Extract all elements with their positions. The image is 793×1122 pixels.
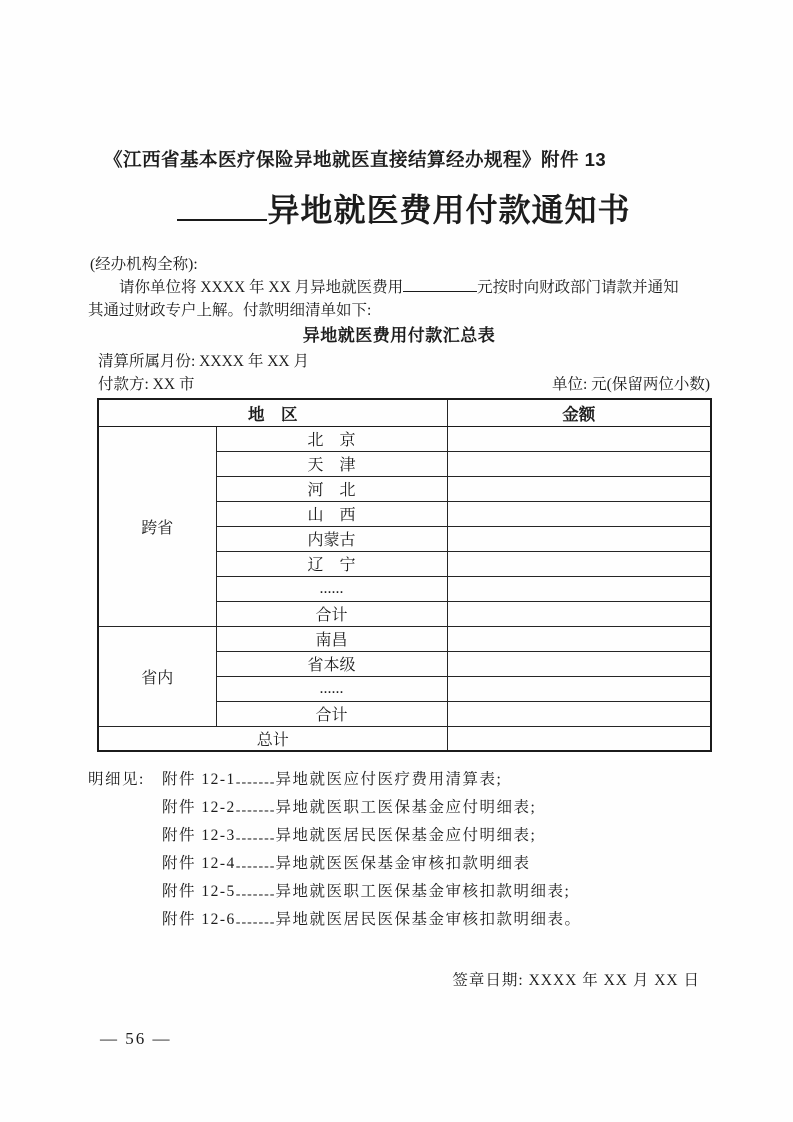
amount-cell bbox=[447, 726, 711, 751]
attachment-desc: 异地就医职工医保基金应付明细表; bbox=[275, 799, 536, 816]
details-label: 明细见: bbox=[88, 766, 162, 793]
payer-line: 付款方: XX 市 bbox=[98, 374, 194, 395]
table-total-row: 总计 bbox=[98, 726, 711, 751]
group-cell-cross-province: 跨省 bbox=[98, 426, 216, 626]
org-name-line: (经办机构全称): bbox=[88, 253, 710, 276]
attachment-desc: 异地就医居民医保基金应付明细表; bbox=[275, 827, 536, 844]
group-cell-in-province: 省内 bbox=[98, 626, 216, 726]
table-row: 省内 南昌 bbox=[98, 626, 711, 651]
settlement-month-line: 清算所属月份: XXXX 年 XX 月 bbox=[88, 351, 710, 372]
region-cell: 辽 宁 bbox=[216, 551, 447, 576]
paragraph-text-pre: 请你单位将 XXXX 年 XX 月异地就医费用 bbox=[119, 279, 403, 296]
attachment-desc: 异地就医职工医保基金审核扣款明细表; bbox=[275, 883, 570, 900]
table-row: 跨省 北 京 bbox=[98, 426, 711, 451]
page-content: 《江西省基本医疗保险异地就医直接结算经办规程》附件 13 异地就医费用付款通知书… bbox=[0, 0, 793, 991]
attachment-desc: 异地就医应付医疗费用清算表; bbox=[275, 771, 502, 788]
region-cell-subtotal: 合计 bbox=[216, 601, 447, 626]
attachment-ref: 附件 12-6 bbox=[162, 911, 236, 928]
region-cell: 内蒙古 bbox=[216, 526, 447, 551]
payment-summary-table: 地 区 金额 跨省 北 京 天 津 河 北 山 西 bbox=[97, 398, 712, 752]
title-blank-line bbox=[177, 187, 267, 221]
dash-filler: ------- bbox=[236, 803, 276, 818]
dash-filler: ------- bbox=[236, 775, 276, 790]
document-reference-line: 《江西省基本医疗保险异地就医直接结算经办规程》附件 13 bbox=[88, 148, 710, 172]
column-header-amount: 金额 bbox=[447, 399, 711, 426]
payer-unit-row: 付款方: XX 市 单位: 元(保留两位小数) bbox=[88, 374, 710, 395]
amount-cell bbox=[447, 626, 711, 651]
region-cell: 南昌 bbox=[216, 626, 447, 651]
region-cell: ...... bbox=[216, 576, 447, 601]
attachment-item: 附件 12-6-------异地就医居民医保基金审核扣款明细表。 bbox=[88, 906, 710, 934]
total-label-cell: 总计 bbox=[98, 726, 447, 751]
dash-filler: ------- bbox=[236, 859, 276, 874]
amount-cell bbox=[447, 701, 711, 726]
amount-cell bbox=[447, 526, 711, 551]
region-cell: 河 北 bbox=[216, 476, 447, 501]
dash-filler: ------- bbox=[236, 831, 276, 846]
amount-cell bbox=[447, 601, 711, 626]
attachment-desc: 异地就医医保基金审核扣款明细表 bbox=[275, 855, 530, 872]
amount-cell bbox=[447, 676, 711, 701]
region-cell: 省本级 bbox=[216, 651, 447, 676]
attachment-item: 附件 12-5-------异地就医职工医保基金审核扣款明细表; bbox=[88, 878, 710, 906]
body-paragraph-line-2: 其通过财政专户上解。付款明细清单如下: bbox=[88, 299, 710, 322]
table-header-row: 地 区 金额 bbox=[98, 399, 711, 426]
attachment-desc: 异地就医居民医保基金审核扣款明细表。 bbox=[275, 911, 581, 928]
amount-cell bbox=[447, 451, 711, 476]
dash-filler: ------- bbox=[236, 915, 276, 930]
page-title-row: 异地就医费用付款通知书 bbox=[88, 187, 710, 231]
amount-cell bbox=[447, 476, 711, 501]
region-cell: 天 津 bbox=[216, 451, 447, 476]
amount-cell bbox=[447, 426, 711, 451]
attachment-item: 附件 12-3-------异地就医居民医保基金应付明细表; bbox=[88, 822, 710, 850]
attachment-item: 附件 12-4-------异地就医医保基金审核扣款明细表 bbox=[88, 850, 710, 878]
dash-filler: ------- bbox=[236, 887, 276, 902]
region-cell: 北 京 bbox=[216, 426, 447, 451]
attachment-ref: 附件 12-4 bbox=[162, 855, 236, 872]
attachment-ref: 附件 12-3 bbox=[162, 827, 236, 844]
region-cell: ...... bbox=[216, 676, 447, 701]
amount-cell bbox=[447, 501, 711, 526]
paragraph-text-post: 元按时向财政部门请款并通知 bbox=[477, 279, 679, 296]
body-paragraph-line-1: 请你单位将 XXXX 年 XX 月异地就医费用元按时向财政部门请款并通知 bbox=[88, 276, 710, 299]
amount-cell bbox=[447, 651, 711, 676]
unit-line: 单位: 元(保留两位小数) bbox=[552, 374, 710, 395]
details-note: 明细见:附件 12-1-------异地就医应付医疗费用清算表; 附件 12-2… bbox=[88, 766, 710, 934]
signature-date-line: 签章日期: XXXX 年 XX 月 XX 日 bbox=[88, 970, 710, 991]
page-title: 异地就医费用付款通知书 bbox=[267, 192, 630, 228]
page-number: — 56 — bbox=[100, 1029, 172, 1049]
amount-blank-line bbox=[403, 278, 477, 292]
amount-cell bbox=[447, 551, 711, 576]
attachment-ref: 附件 12-1 bbox=[162, 771, 236, 788]
scanned-document-page: 《江西省基本医疗保险异地就医直接结算经办规程》附件 13 异地就医费用付款通知书… bbox=[0, 0, 793, 1122]
attachment-ref: 附件 12-2 bbox=[162, 799, 236, 816]
amount-cell bbox=[447, 576, 711, 601]
attachment-item: 明细见:附件 12-1-------异地就医应付医疗费用清算表; bbox=[88, 766, 710, 794]
summary-table-title: 异地就医费用付款汇总表 bbox=[88, 325, 710, 346]
attachment-item: 附件 12-2-------异地就医职工医保基金应付明细表; bbox=[88, 794, 710, 822]
column-header-region: 地 区 bbox=[98, 399, 447, 426]
region-cell-subtotal: 合计 bbox=[216, 701, 447, 726]
attachment-ref: 附件 12-5 bbox=[162, 883, 236, 900]
region-cell: 山 西 bbox=[216, 501, 447, 526]
